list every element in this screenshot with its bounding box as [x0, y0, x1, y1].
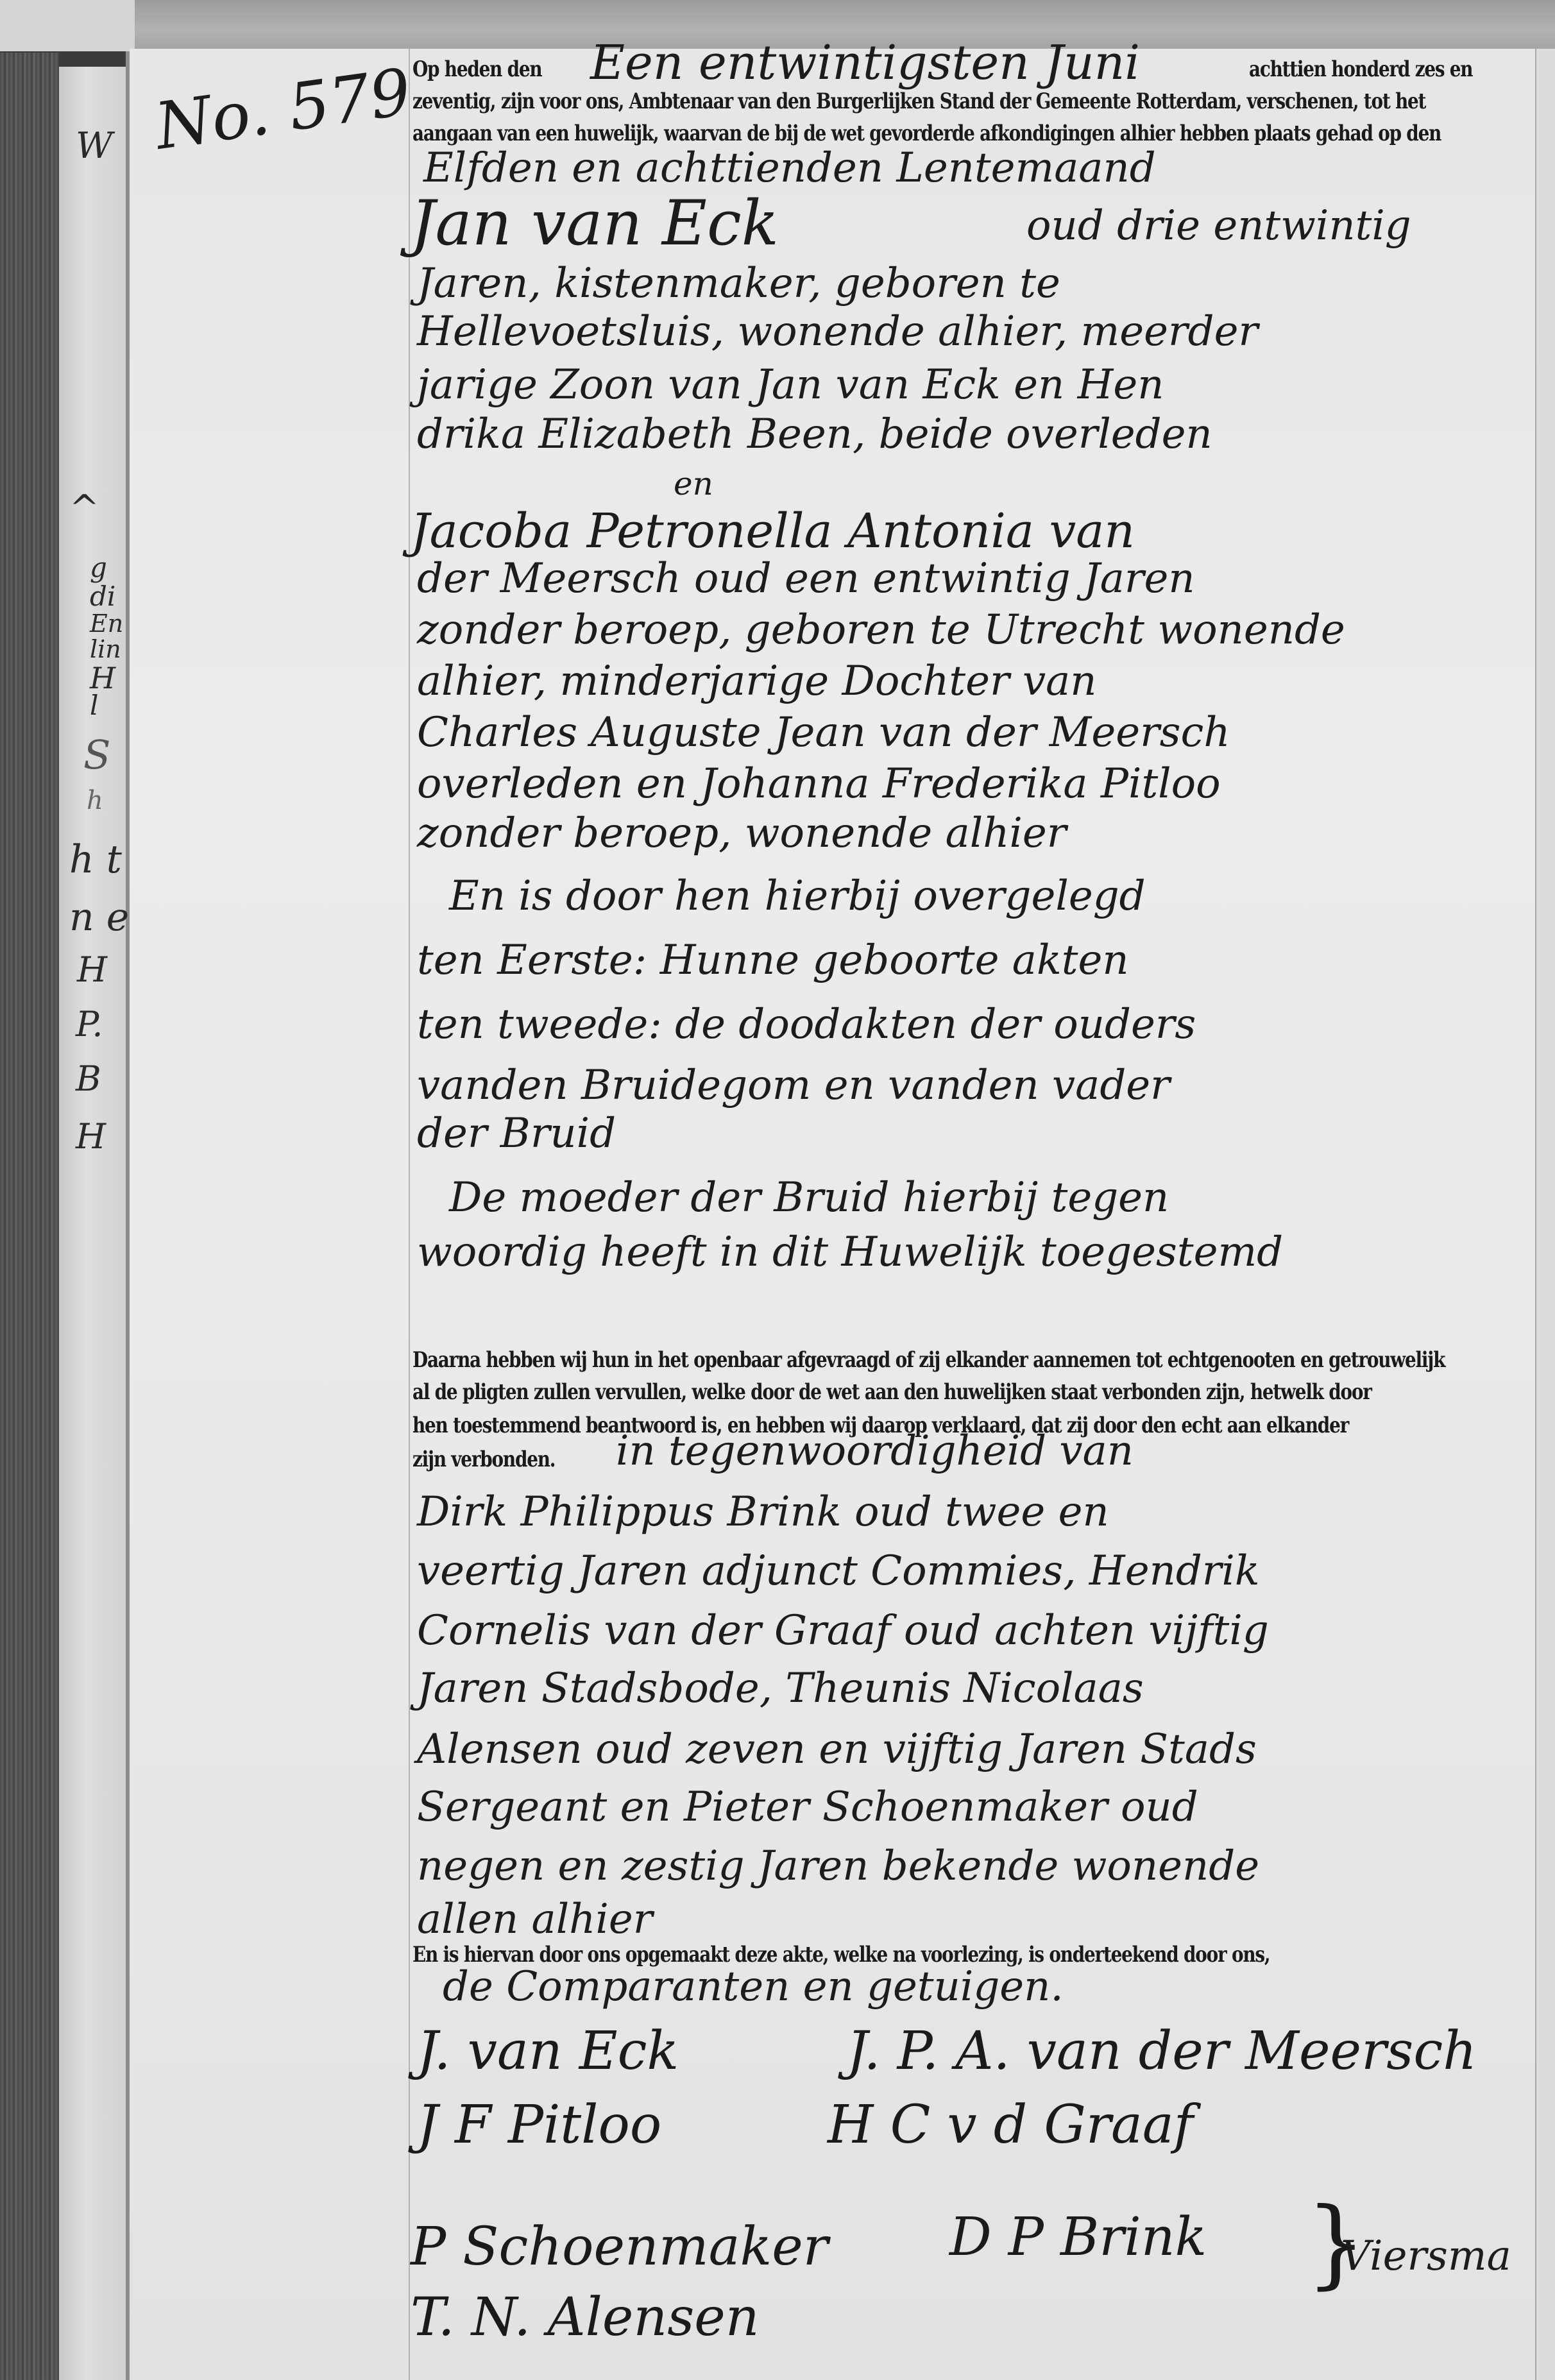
- handwritten-line: De moeder der Bruid hierbij tegen: [449, 1174, 1169, 1221]
- handwritten-line: ten tweede: de doodakten der ouders: [417, 1001, 1196, 1048]
- margin-fragment: h t: [69, 837, 122, 882]
- handwritten-line: En is door hen hierbij overgelegd: [449, 872, 1146, 920]
- witness-line: Alensen oud zeven en vijftig Jaren Stads: [417, 1726, 1257, 1773]
- printed-line-2: zeventig, zijn voor ons, Ambtenaar van d…: [412, 89, 1425, 114]
- printed-line-1a: Op heden den: [412, 56, 541, 82]
- handwritten-line: Charles Auguste Jean van der Meersch: [417, 709, 1230, 756]
- handwritten-line: overleden en Johanna Frederika Pitloo: [417, 760, 1221, 808]
- signature-witness-alensen: T. N. Alensen: [411, 2287, 760, 2348]
- margin-column-rule: [409, 49, 410, 2380]
- margin-fragment: H: [76, 1116, 106, 1157]
- signature-witness-brink: D P Brink: [949, 2207, 1207, 2268]
- witness-line: Jaren Stadsbode, Theunis Nicolaas: [417, 1665, 1144, 1712]
- margin-fragment: l: [90, 690, 98, 721]
- handwritten-line: vanden Bruidegom en vanden vader: [417, 1062, 1170, 1109]
- witness-line: Dirk Philippus Brink oud twee en: [417, 1488, 1109, 1536]
- groom-name: Jan van Eck: [411, 187, 779, 259]
- printed-line-1b: achttien honderd zes en: [1249, 56, 1472, 82]
- handwritten-line: en: [674, 465, 713, 502]
- margin-fragment: P.: [76, 1004, 103, 1044]
- signature-registrar: Viersma: [1341, 2232, 1511, 2280]
- handwritten-line: woordig heeft in dit Huwelijk toegestemd: [417, 1228, 1283, 1276]
- handwritten-line: zonder beroep, geboren te Utrecht wonend…: [417, 606, 1345, 654]
- witness-line: Sergeant en Pieter Schoenmaker oud: [417, 1783, 1198, 1831]
- handwritten-line: Hellevoetsluis, wonende alhier, meerder: [417, 308, 1258, 355]
- printed-line-3: aangaan van een huwelijk, waarvan de bij…: [412, 121, 1441, 146]
- margin-fragment: lin: [90, 635, 121, 663]
- handwritten-line: Jaren, kistenmaker, geboren te: [417, 260, 1060, 307]
- handwritten-line: de Comparanten en getuigen.: [443, 1963, 1064, 2010]
- signature-bride: J. P. A. van der Meersch: [847, 2021, 1477, 2082]
- top-left-paper: [0, 0, 135, 51]
- handwritten-line: jarige Zoon van Jan van Eck en Hen: [417, 361, 1164, 409]
- margin-fragment: g: [90, 552, 107, 583]
- printed-para2-line4: zijn verbonden.: [412, 1447, 555, 1472]
- signature-witness-graaf: H C v d Graaf: [828, 2095, 1193, 2155]
- previous-page-margin-strip: [59, 67, 126, 2380]
- margin-fragment: B: [76, 1058, 101, 1099]
- margin-fragment: W: [76, 125, 113, 167]
- handwritten-line: in tegenwoordigheid van: [616, 1427, 1134, 1475]
- handwritten-line: der Bruid: [417, 1110, 616, 1157]
- handwritten-line: der Meersch oud een entwintig Jaren: [417, 555, 1195, 602]
- margin-fragment: H: [77, 949, 107, 990]
- printed-para2-line1: Daarna hebben wij hun in het openbaar af…: [412, 1347, 1445, 1373]
- handwritten-line: ten Eerste: Hunne geboorte akten: [417, 937, 1129, 984]
- margin-fragment: di: [90, 581, 115, 612]
- witness-line: negen en zestig Jaren bekende wonende: [417, 1842, 1259, 1890]
- signature-mother: J F Pitloo: [417, 2095, 661, 2155]
- printed-para2-line2: al de pligten zullen vervullen, welke do…: [412, 1379, 1372, 1405]
- witness-line: veertig Jaren adjunct Commies, Hendrik: [417, 1547, 1260, 1595]
- book-binding: [0, 53, 59, 2380]
- bride-name: Jacoba Petronella Antonia van: [411, 504, 1135, 559]
- margin-fragment: h: [87, 786, 103, 815]
- right-page-strip: [1536, 49, 1555, 2380]
- signature-groom: J. van Eck: [417, 2021, 679, 2082]
- handwritten-line: alhier, minderjarige Dochter van: [417, 658, 1096, 705]
- handwritten-line: oud drie entwintig: [1026, 202, 1411, 250]
- margin-fragment: ^: [69, 488, 99, 529]
- witness-line: Cornelis van der Graaf oud achten vijfti…: [417, 1607, 1269, 1654]
- signature-witness-schoenmaker: P Schoenmaker: [411, 2216, 828, 2277]
- margin-fragment: S: [83, 731, 110, 778]
- witness-line: allen alhier: [417, 1896, 652, 1943]
- handwritten-date: Een entwintigsten Juni: [590, 35, 1140, 90]
- handwritten-line: zonder beroep, wonende alhier: [417, 810, 1066, 857]
- margin-fragment: En: [90, 609, 123, 638]
- margin-fragment: n e: [69, 895, 129, 940]
- handwritten-line: Elfden en achttienden Lentemaand: [423, 144, 1156, 192]
- handwritten-line: drika Elizabeth Been, beide overleden: [417, 411, 1212, 458]
